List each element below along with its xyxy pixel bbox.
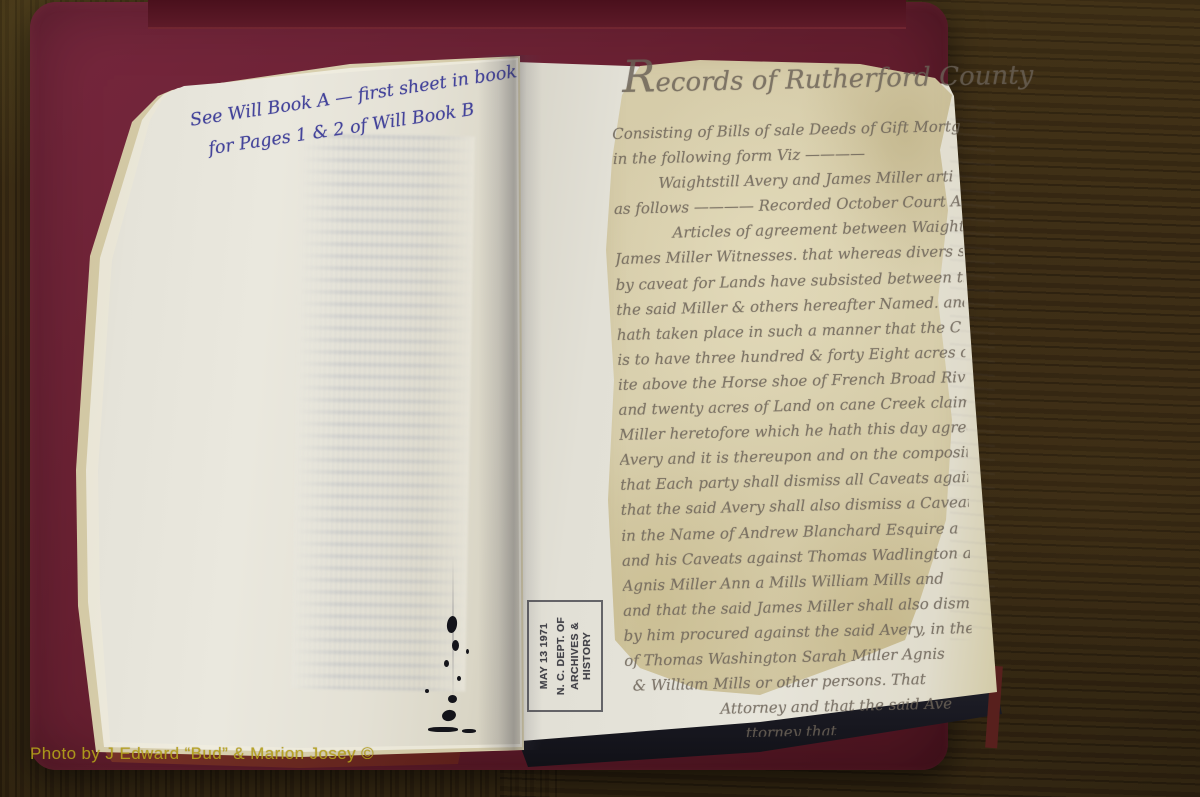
ink-splotch bbox=[466, 649, 469, 654]
ink-splotch bbox=[448, 695, 457, 703]
ink-splotch bbox=[428, 727, 458, 732]
ink-splotch bbox=[444, 660, 449, 667]
photo-of-open-record-book: Records of Rutherford County Consisting … bbox=[0, 0, 1200, 797]
document-text: Consisting of Bills of sale Deeds of Gif… bbox=[612, 114, 974, 740]
stamp-text: MAY 13 1971 N. C. DEPT. OF ARCHIVES & HI… bbox=[527, 600, 603, 712]
ink-splotch bbox=[452, 640, 459, 651]
stamp-line-1: N. C. DEPT. OF bbox=[555, 600, 567, 712]
bleed-through-typed-text bbox=[293, 134, 473, 692]
stamp-line-2: ARCHIVES & HISTORY bbox=[569, 600, 593, 712]
ink-splotch bbox=[425, 689, 429, 693]
photo-credit-watermark: Photo by J Edward “Bud” & Marion Josey © bbox=[30, 744, 374, 764]
cover-top-band bbox=[148, 0, 906, 29]
archives-stamp: MAY 13 1971 N. C. DEPT. OF ARCHIVES & HI… bbox=[527, 600, 603, 712]
stamp-date: MAY 13 1971 bbox=[538, 600, 550, 712]
ink-splotch bbox=[457, 676, 461, 681]
ink-splotch bbox=[462, 729, 476, 733]
